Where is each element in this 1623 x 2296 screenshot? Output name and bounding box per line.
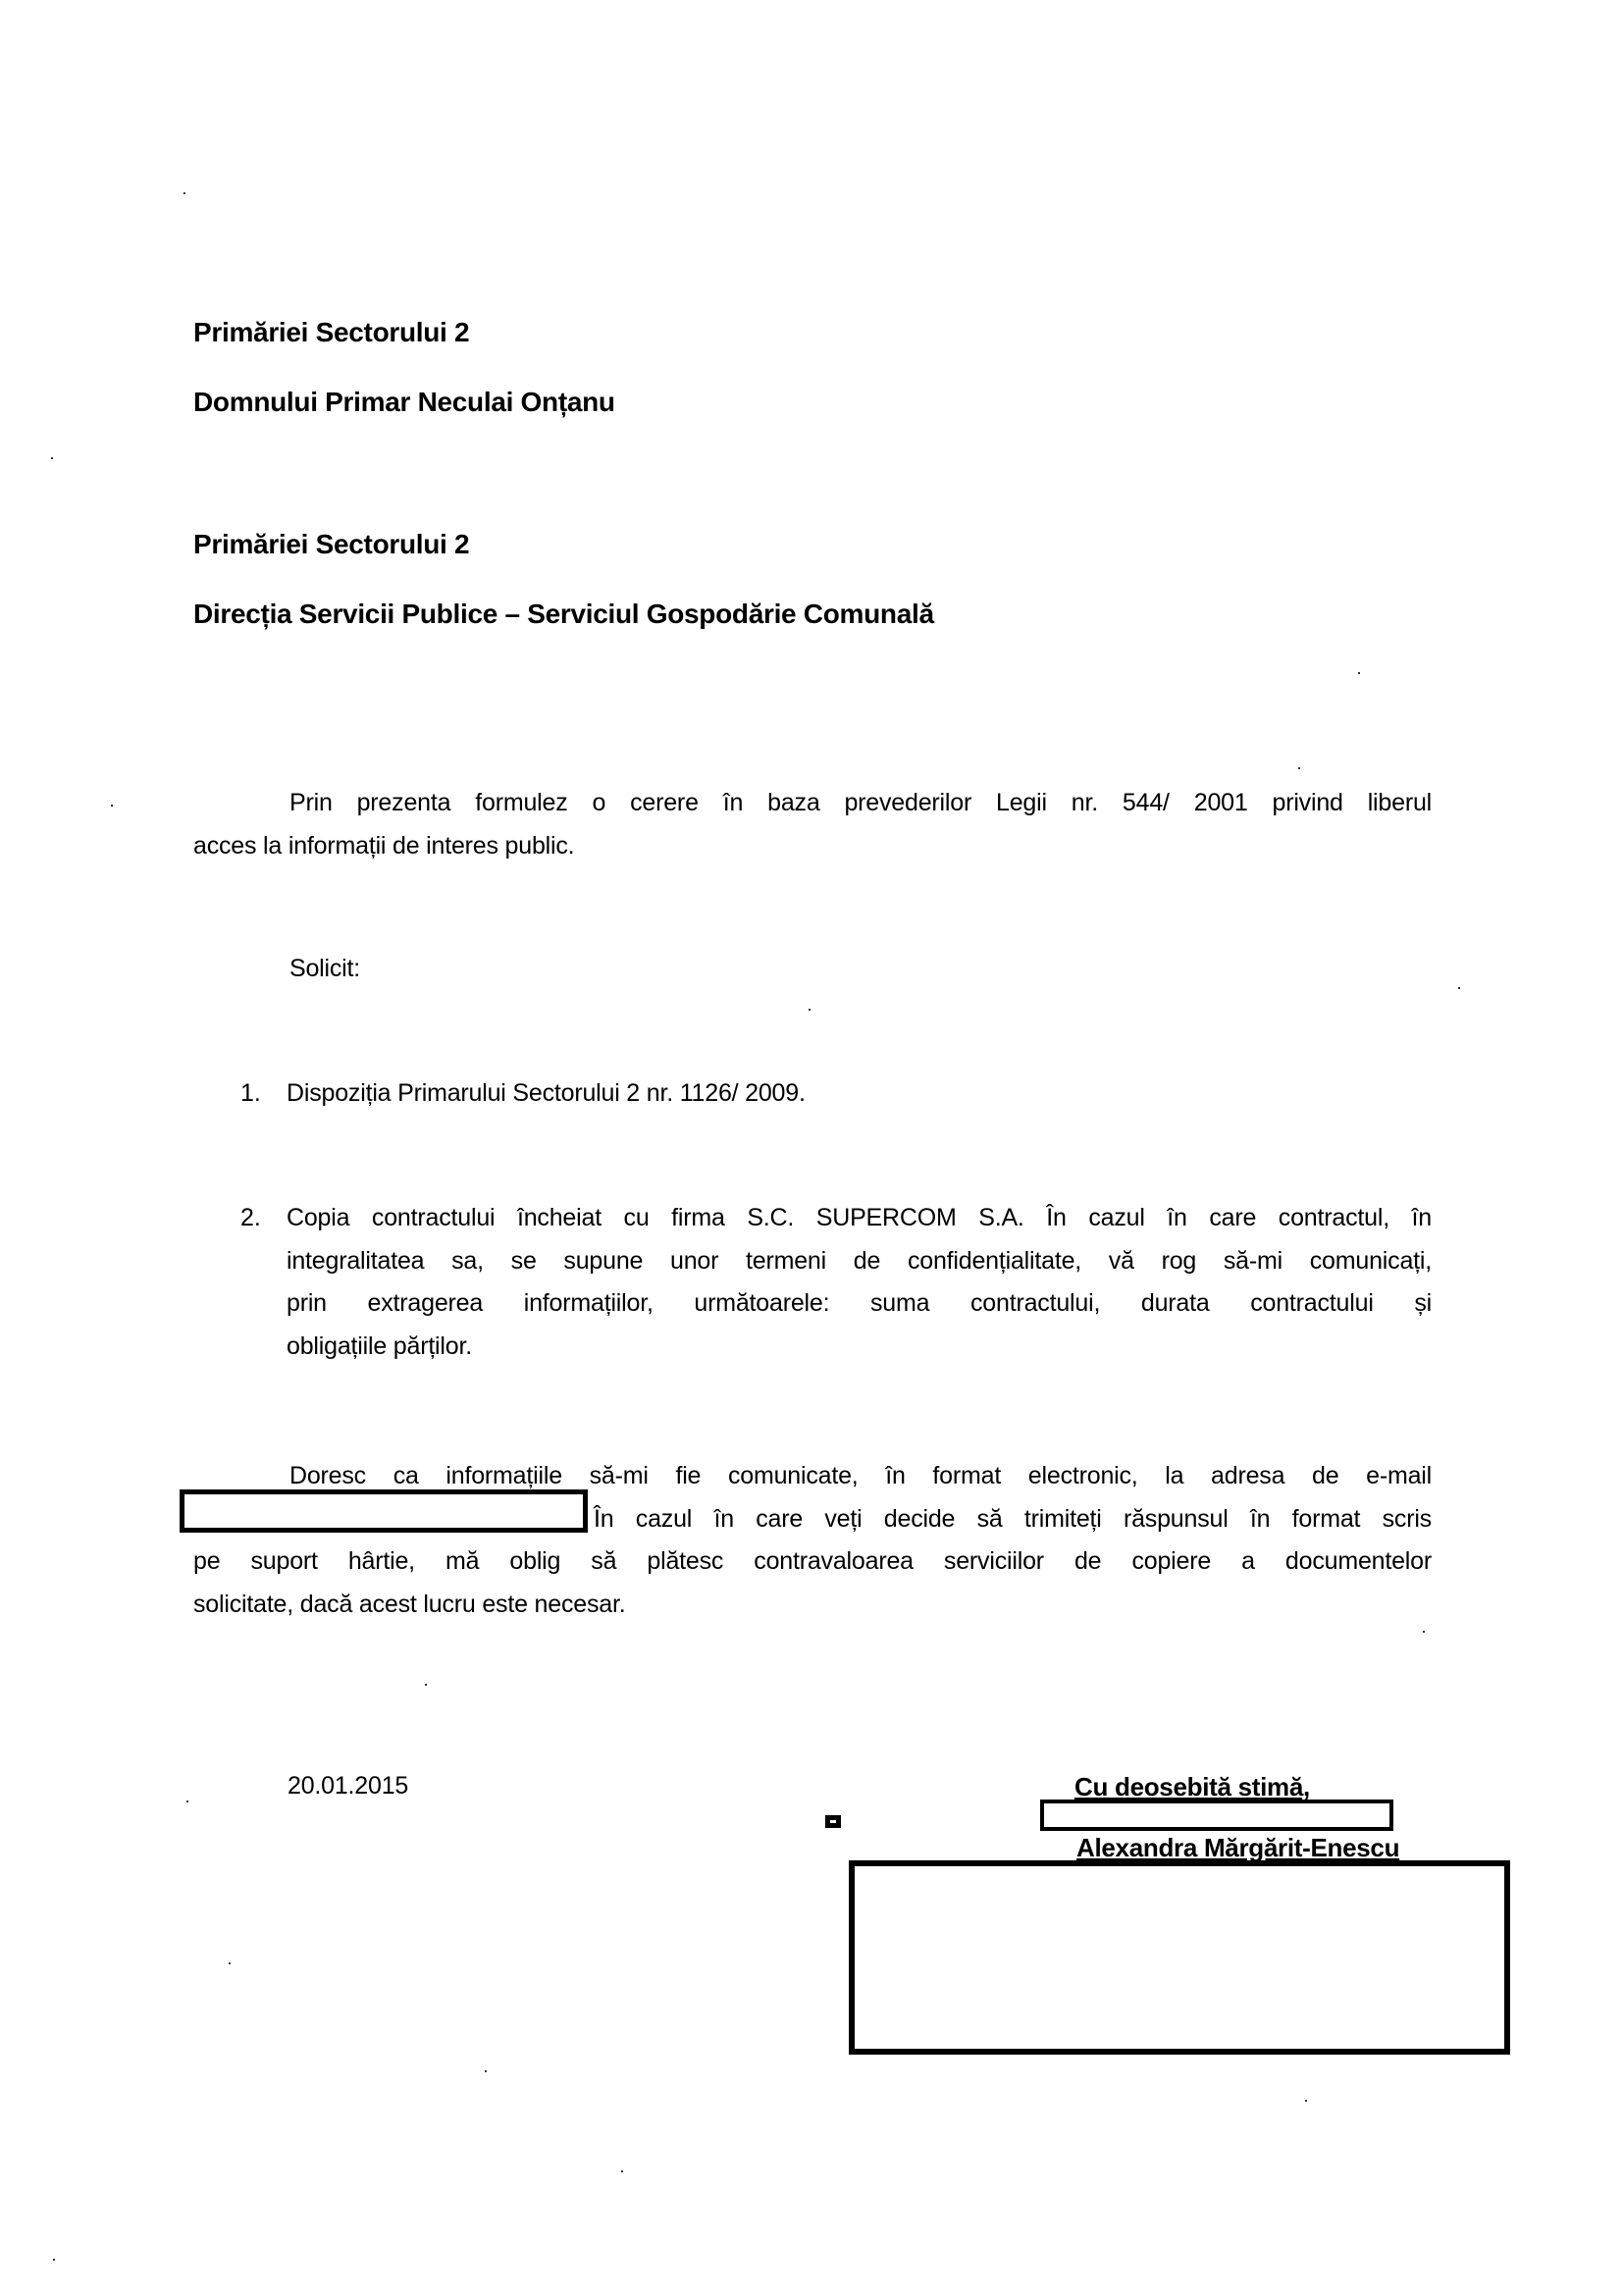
recipient-2-department: Direcția Servicii Publice – Serviciul Go… — [193, 599, 934, 630]
closing-salutation: Cu deosebită stimă, — [1074, 1772, 1310, 1801]
scan-speck — [229, 1962, 231, 1964]
delivery-paragraph: Doresc ca informațiile să-mi fie comunic… — [193, 1455, 1432, 1626]
scan-speck — [1358, 672, 1360, 674]
intro-line: acces la informații de interes public. — [193, 825, 1432, 868]
delivery-line: solicitate, dacă acest lucru este necesa… — [193, 1584, 1432, 1627]
scan-speck — [425, 1684, 427, 1686]
request-2-number: 2. — [240, 1203, 261, 1232]
scan-speck — [809, 1009, 811, 1011]
signatory-name: Alexandra Mărgărit-Enescu — [1076, 1833, 1399, 1862]
request-2-text: Copia contractului încheiat cu firma S.C… — [287, 1197, 1432, 1368]
recipient-2-institution: Primăriei Sectorului 2 — [193, 529, 469, 560]
signature-redaction-box — [1040, 1800, 1393, 1831]
scan-speck — [53, 2259, 55, 2261]
request-line: integralitatea sa, se supune unor termen… — [287, 1240, 1432, 1283]
scan-speck — [1423, 1631, 1425, 1633]
scan-speck — [186, 1800, 188, 1802]
scan-mark-square — [825, 1815, 841, 1828]
scan-speck — [485, 2070, 487, 2072]
scan-speck — [1305, 2100, 1307, 2102]
scan-speck — [51, 457, 53, 459]
request-line: prin extragerea informațiilor, următoare… — [287, 1282, 1432, 1326]
stamp-redaction-box — [849, 1860, 1510, 2055]
request-line: obligațiile părților. — [287, 1326, 1432, 1369]
request-line: Dispoziția Primarului Sectorului 2 nr. 1… — [287, 1072, 1432, 1116]
email-redaction-box — [180, 1489, 588, 1533]
scan-speck — [621, 2170, 623, 2172]
request-1-text: Dispoziția Primarului Sectorului 2 nr. 1… — [287, 1072, 1432, 1116]
scan-speck — [1298, 767, 1300, 769]
document-date: 20.01.2015 — [288, 1771, 408, 1800]
request-line: Copia contractului încheiat cu firma S.C… — [287, 1197, 1432, 1240]
request-1-number: 1. — [240, 1078, 261, 1108]
scan-speck — [111, 805, 113, 807]
recipient-1-institution: Primăriei Sectorului 2 — [193, 317, 469, 348]
scan-speck — [183, 192, 185, 194]
request-label: Solicit: — [289, 954, 360, 983]
intro-paragraph: Prin prezenta formulez o cerere în baza … — [193, 782, 1432, 867]
scan-speck — [1458, 987, 1460, 989]
delivery-line: pe suport hârtie, mă oblig să plătesc co… — [193, 1540, 1432, 1584]
intro-line: Prin prezenta formulez o cerere în baza … — [193, 782, 1432, 825]
recipient-1-addressee: Domnului Primar Neculai Onțanu — [193, 387, 615, 418]
